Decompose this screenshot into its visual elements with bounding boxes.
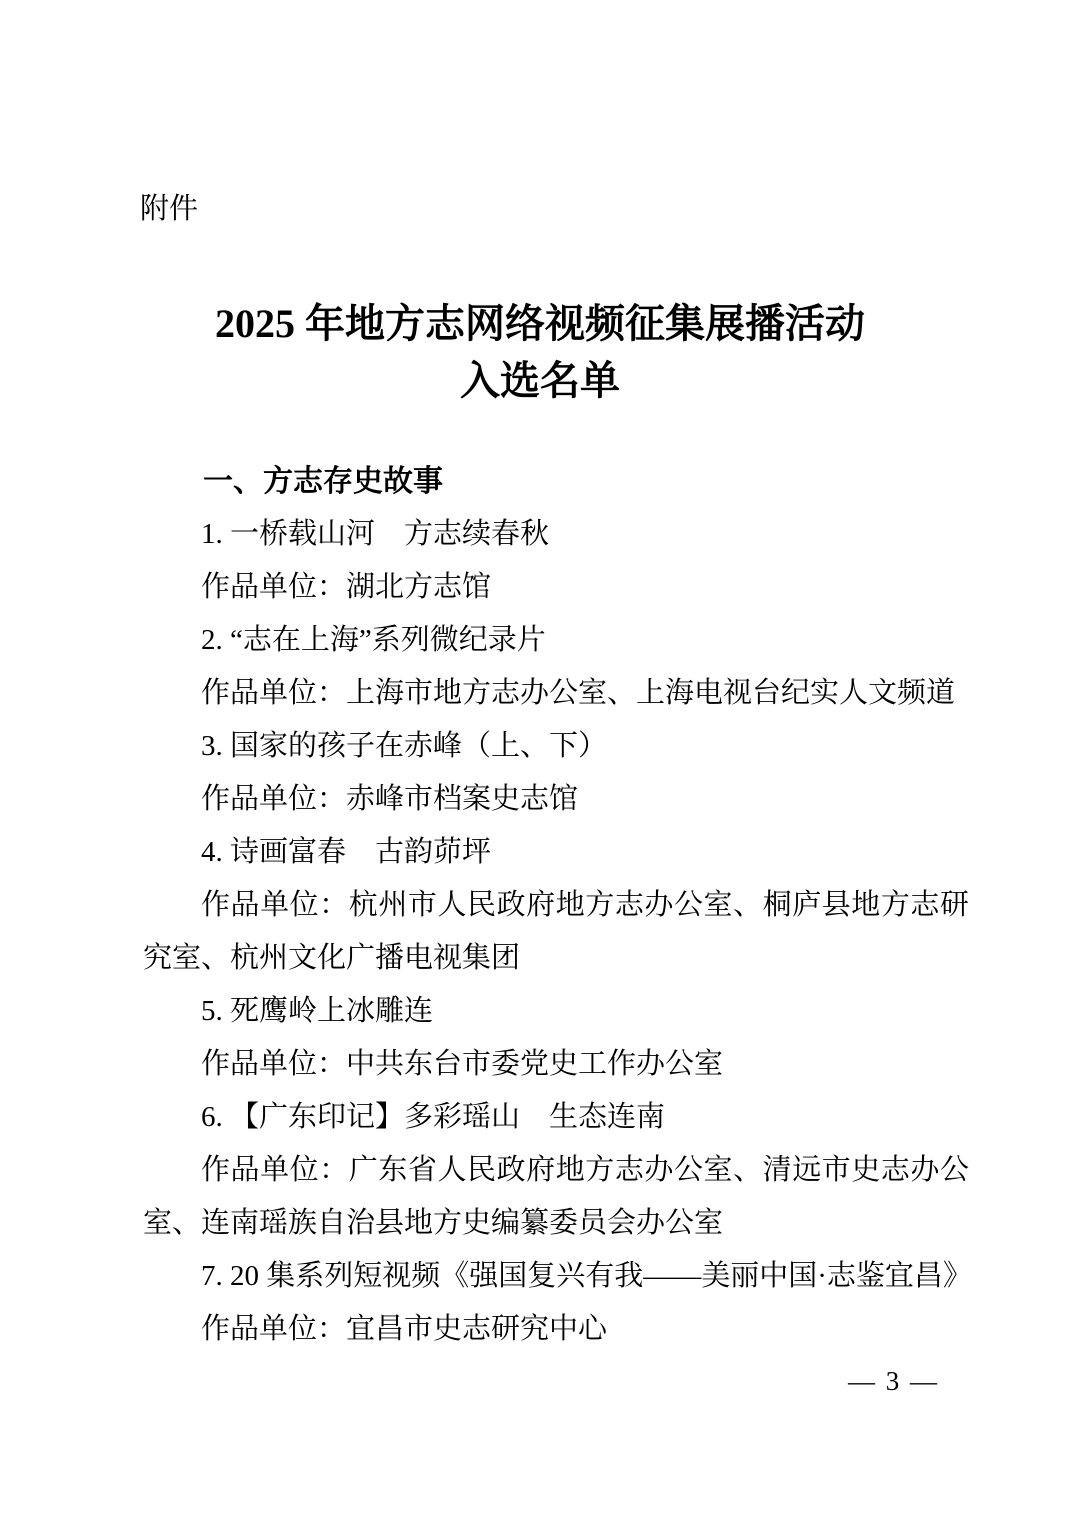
entry-3-title: 3. 国家的孩子在赤峰（上、下） [143, 720, 969, 773]
document-body: 一、方志存史故事 1. 一桥载山河 方志续春秋 作品单位：湖北方志馆 2. “志… [143, 455, 969, 1356]
document-page: 附件 2025 年地方志网络视频征集展播活动 入选名单 一、方志存史故事 1. … [0, 0, 1080, 1530]
entry-5-title: 5. 死鹰岭上冰雕连 [143, 985, 969, 1038]
document-title-line-2: 入选名单 [0, 352, 1080, 409]
document-title: 2025 年地方志网络视频征集展播活动 入选名单 [0, 295, 1080, 409]
document-title-line-1: 2025 年地方志网络视频征集展播活动 [0, 295, 1080, 352]
entry-6-unit: 作品单位：广东省人民政府地方志办公室、清远市史志办公室、连南瑶族自治县地方史编纂… [143, 1144, 969, 1250]
page-number: — 3 — [848, 1366, 939, 1396]
attachment-label: 附件 [140, 190, 198, 228]
entry-1-title: 1. 一桥载山河 方志续春秋 [143, 508, 969, 561]
entry-7-unit: 作品单位：宜昌市史志研究中心 [143, 1303, 969, 1356]
entry-4-title: 4. 诗画富春 古韵茆坪 [143, 826, 969, 879]
entry-4-unit: 作品单位：杭州市人民政府地方志办公室、桐庐县地方志研究室、杭州文化广播电视集团 [143, 879, 969, 985]
entry-2-unit: 作品单位：上海市地方志办公室、上海电视台纪实人文频道 [143, 667, 969, 720]
entry-6-title: 6. 【广东印记】多彩瑶山 生态连南 [143, 1091, 969, 1144]
entry-2-title: 2. “志在上海”系列微纪录片 [143, 614, 969, 667]
entry-7-title: 7. 20 集系列短视频《强国复兴有我——美丽中国·志鉴宜昌》 [143, 1250, 969, 1303]
entry-1-unit: 作品单位：湖北方志馆 [143, 561, 969, 614]
entry-5-unit: 作品单位：中共东台市委党史工作办公室 [143, 1038, 969, 1091]
section-heading: 一、方志存史故事 [143, 455, 969, 508]
entry-3-unit: 作品单位：赤峰市档案史志馆 [143, 773, 969, 826]
